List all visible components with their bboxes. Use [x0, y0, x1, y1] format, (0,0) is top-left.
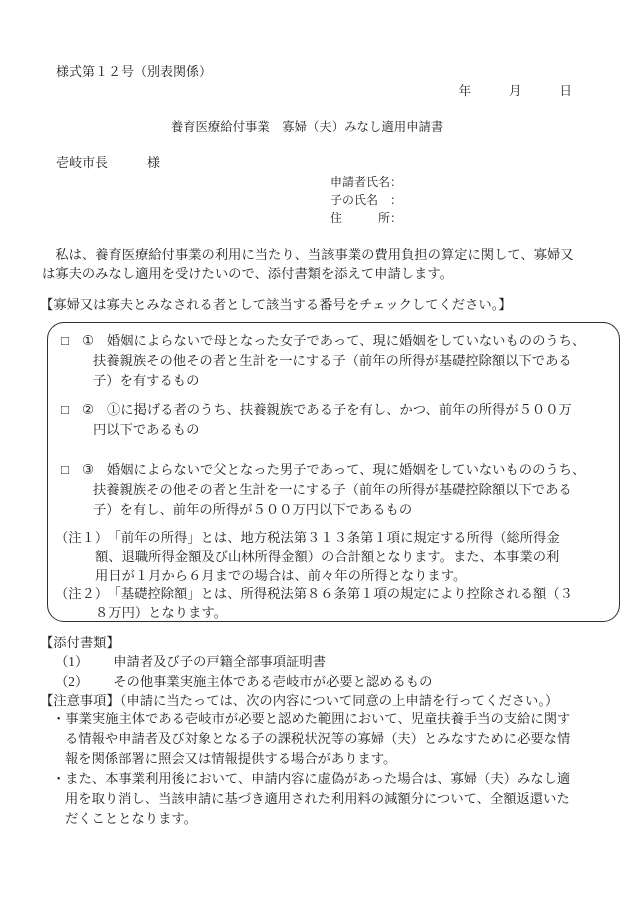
checklist-heading: 【寡婦又は寡夫とみなされる者として該当する番号をチェックしてください。】	[40, 295, 512, 314]
checkbox-icon[interactable]: □	[61, 462, 69, 477]
note-text: 「基礎控除額」とは、所得税法第８６条第１項の規定により控除される額（３ ８万円）…	[95, 586, 573, 620]
note-label: （注１）	[55, 530, 108, 545]
notice-bullet-2: ・また、本事業利用後において、申請内容に虚偽があった場合は、寡婦（夫）みなし適 …	[52, 769, 611, 829]
note-text: 「前年の所得」とは、地方税法第３１３条第１項に規定する所得（総所得金 額、退職所…	[95, 530, 560, 583]
attachment-item-text: 申請者及び子の戸籍全部事項証明書	[113, 654, 326, 669]
option-text: 婚姻によらないで父となった男子であって、現に婚姻をしていないもののうち、 扶養親…	[93, 462, 585, 517]
notice-bullet-1: ・事業実施主体である壱岐市が必要と認めた範囲において、児童扶養手当の支給に関す …	[52, 709, 611, 769]
checklist-option-1: □①婚姻によらないで母となった女子であって、現に婚姻をしていないもののうち、 扶…	[61, 331, 607, 391]
checklist-box: □①婚姻によらないで母となった女子であって、現に婚姻をしていないもののうち、 扶…	[47, 322, 620, 622]
attachment-item-number: （1）	[55, 654, 88, 669]
intro-paragraph: 私は、養育医療給付事業の利用に当たり、当該事業の費用負担の算定に関して、寡婦又 …	[42, 245, 594, 283]
notice-heading: 【注意事項】（申請に当たっては、次の内容について同意の上申請を行ってください。）	[40, 691, 558, 710]
attachment-item-text: その他事業実施主体である壱岐市が必要と認めるもの	[113, 674, 432, 689]
attachment-item-number: （2）	[55, 674, 88, 689]
application-form-page: 様式第１２号（別表関係） 年 月 日 養育医療給付事業 寡婦（夫）みなし適用申請…	[0, 0, 630, 903]
checklist-note-2: （注２）「基礎控除額」とは、所得税法第８６条第１項の規定により控除される額（３ …	[55, 585, 607, 623]
option-number: ②	[82, 402, 94, 417]
option-text: ①に掲げる者のうち、扶養親族である子を有し、かつ、前年の所得が５００万 円以下で…	[93, 402, 572, 437]
checklist-option-3: □③婚姻によらないで父となった男子であって、現に婚姻をしていないもののうち、 扶…	[61, 460, 607, 520]
option-number: ①	[82, 333, 94, 348]
checkbox-icon[interactable]: □	[61, 402, 69, 417]
addressee-line: 壱岐市長 様	[56, 154, 160, 172]
attachments-heading: 【添付書類】	[40, 633, 120, 652]
document-title: 養育医療給付事業 寡婦（夫）みなし適用申請書	[0, 118, 614, 136]
applicant-name-fields: 申請者氏名： 子の氏名 ： 住 所：	[330, 173, 402, 227]
attachment-item-1: （1）申請者及び子の戸籍全部事項証明書	[55, 652, 326, 671]
checkbox-icon[interactable]: □	[61, 333, 69, 348]
option-text: 婚姻によらないで母となった女子であって、現に婚姻をしていないもののうち、 扶養親…	[93, 333, 585, 388]
form-number: 様式第１２号（別表関係）	[56, 63, 212, 81]
checklist-option-2: □②①に掲げる者のうち、扶養親族である子を有し、かつ、前年の所得が５００万 円以…	[61, 400, 607, 440]
attachment-item-2: （2）その他事業実施主体である壱岐市が必要と認めるもの	[55, 672, 432, 691]
option-number: ③	[82, 462, 94, 477]
date-line: 年 月 日	[0, 82, 572, 100]
note-label: （注２）	[55, 586, 108, 601]
checklist-note-1: （注１）「前年の所得」とは、地方税法第３１３条第１項に規定する所得（総所得金 額…	[55, 529, 607, 585]
